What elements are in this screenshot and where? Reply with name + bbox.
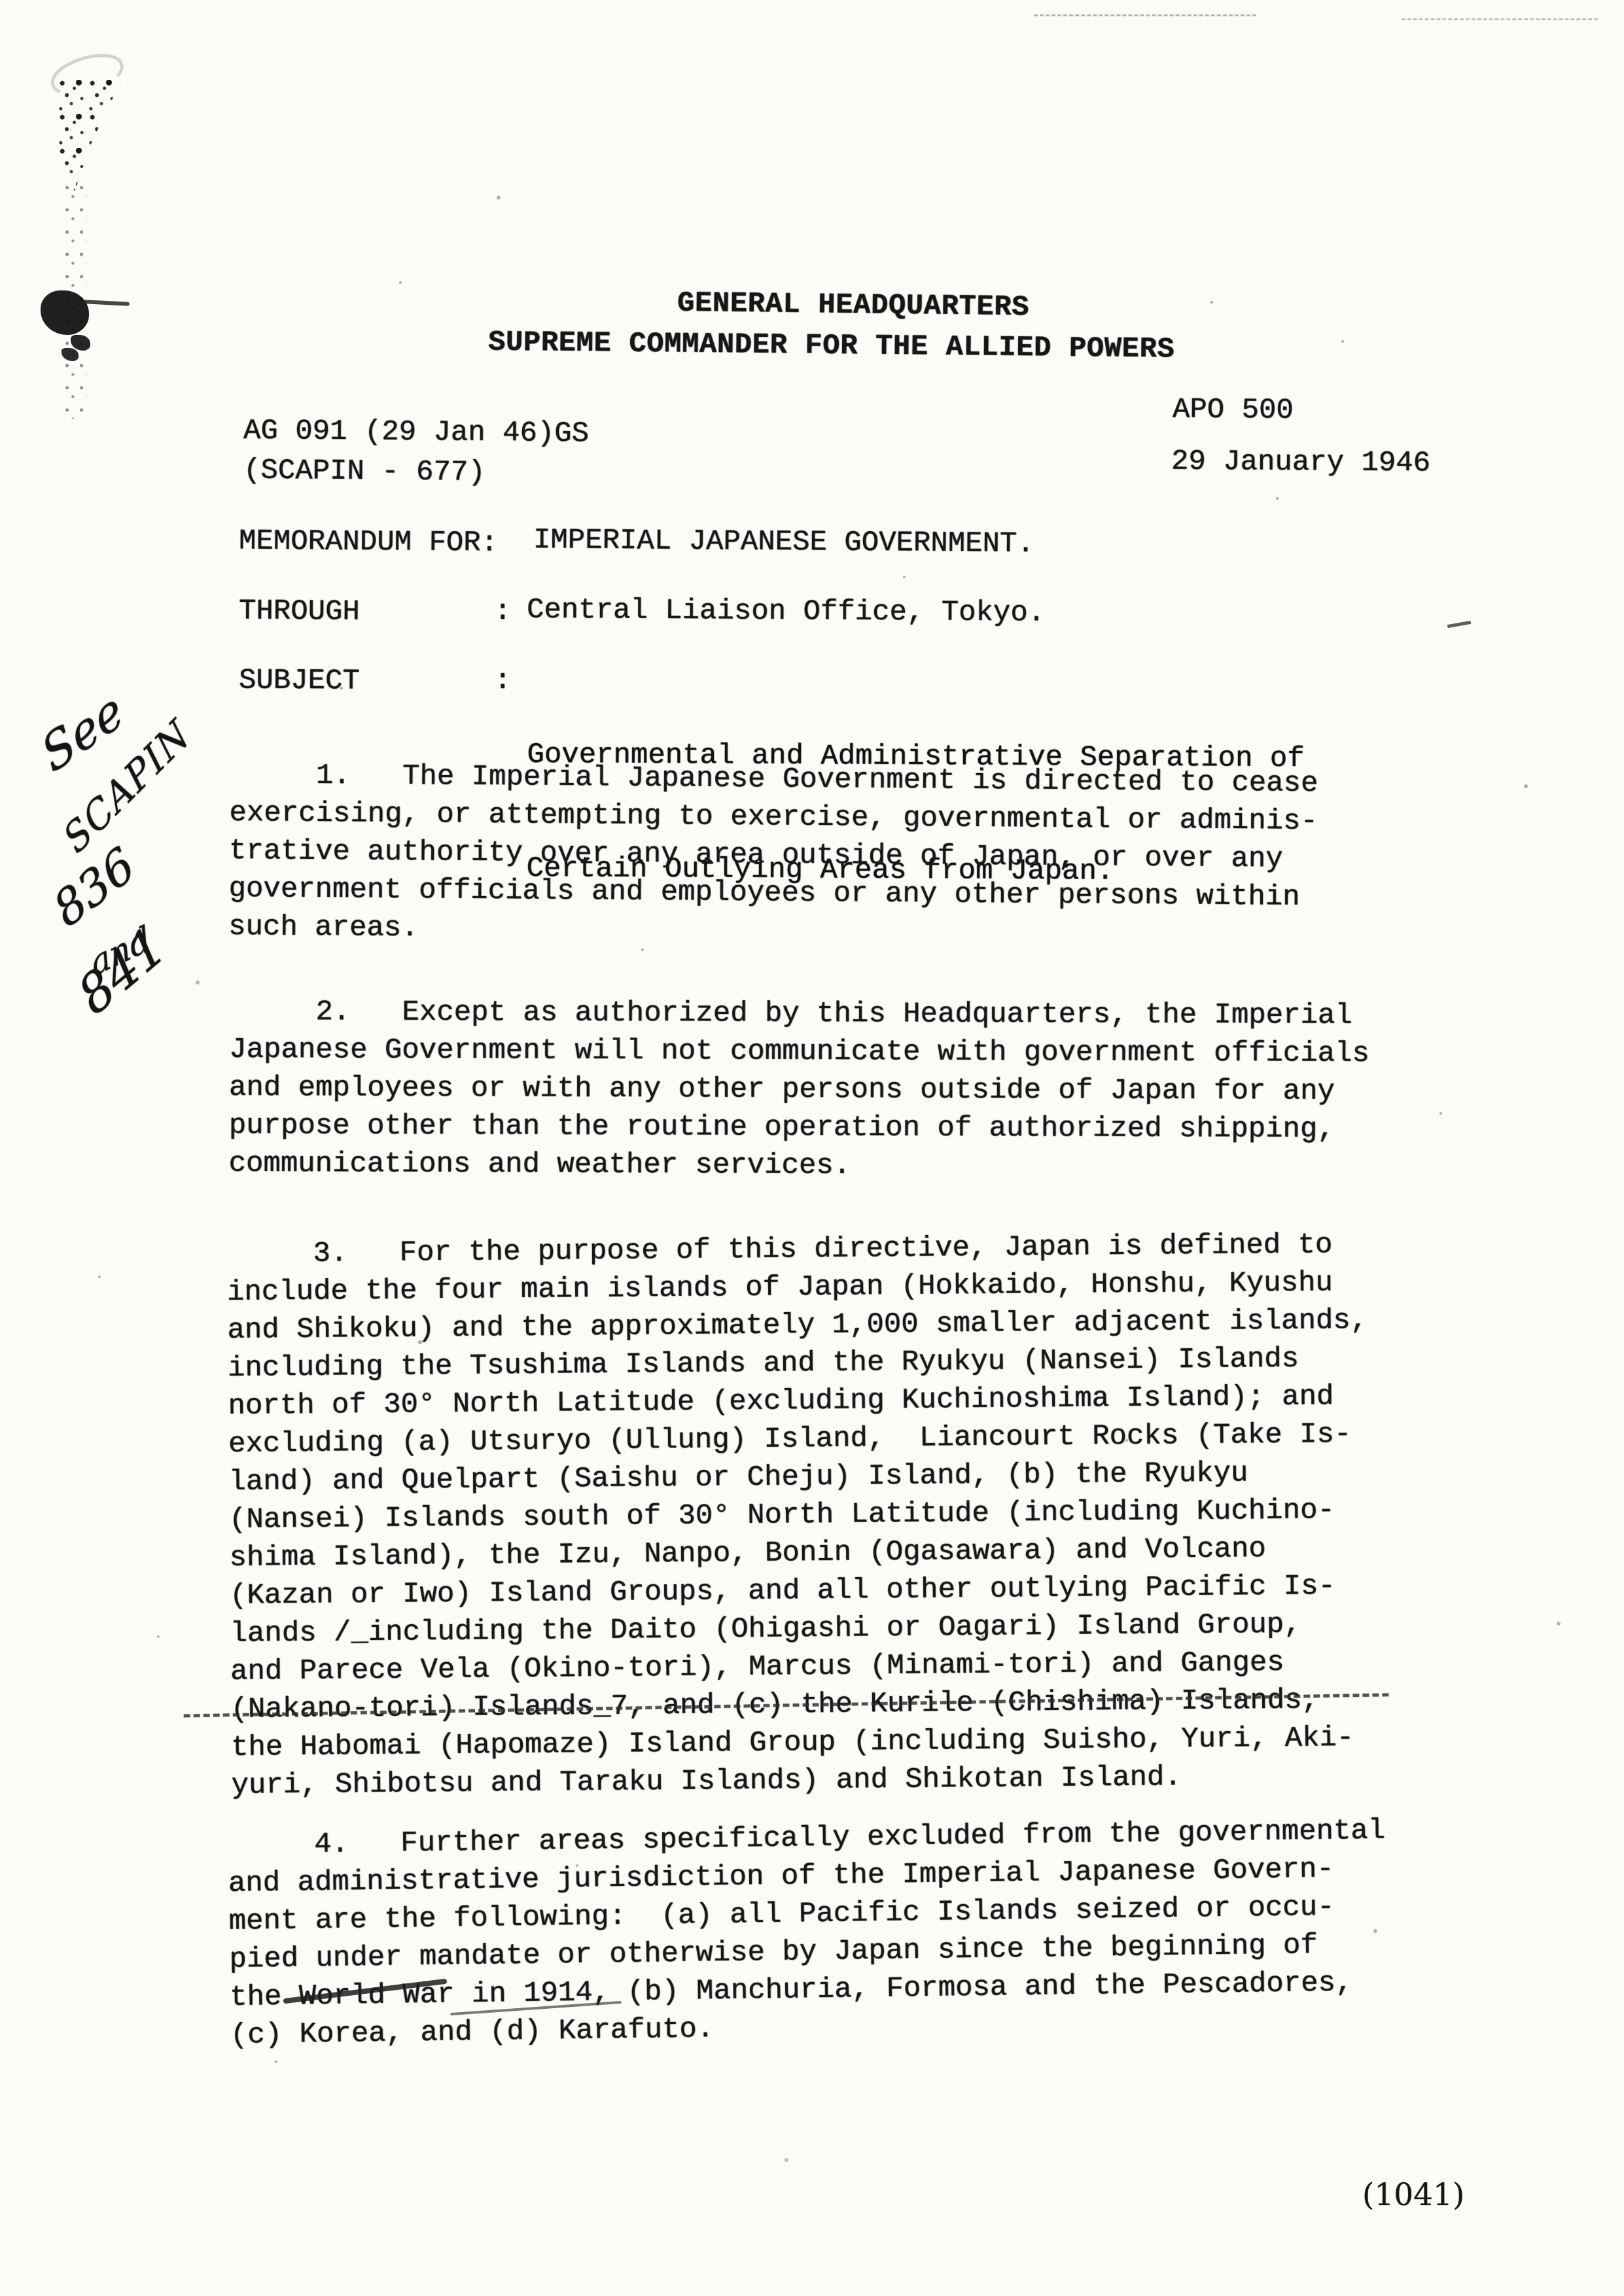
page-number: (1041) bbox=[1362, 2177, 1464, 2213]
handwritten-word: 841 bbox=[68, 915, 176, 1027]
paragraph-p1: 1. The Imperial Japanese Government is d… bbox=[228, 756, 1414, 955]
memorandum-for-label: MEMORANDUM FOR: bbox=[239, 522, 499, 562]
through-colon: : bbox=[494, 593, 511, 631]
paragraph-line: 2. Except as authorized by this Headquar… bbox=[229, 993, 1413, 1035]
memorandum-for-value: IMPERIAL JAPANESE GOVERNMENT. bbox=[533, 521, 1034, 563]
paragraph-p4: 4. Further areas specifically excluded f… bbox=[228, 1811, 1415, 2055]
paragraph-line: communications and weather services. bbox=[228, 1145, 1413, 1187]
corner-smudge-tail bbox=[63, 183, 86, 419]
through-label: THROUGH bbox=[239, 592, 360, 631]
faint-pencil-squiggle bbox=[46, 48, 128, 100]
scan-dash-mark bbox=[1034, 14, 1256, 16]
paragraph-line: purpose other than the routine operation… bbox=[229, 1107, 1413, 1149]
letterhead-line1: GENERAL HEADQUARTERS bbox=[677, 285, 1030, 327]
letterhead-line2: SUPREME COMMANDER FOR THE ALLIED POWERS bbox=[488, 324, 1175, 369]
document-date: 29 January 1946 bbox=[1171, 443, 1430, 483]
margin-dash-mark bbox=[1447, 621, 1471, 628]
file-reference: AG 091 (29 Jan 46)GS bbox=[243, 412, 590, 453]
paragraph-p2: 2. Except as authorized by this Headquar… bbox=[228, 993, 1413, 1187]
scapin-number: (SCAPIN - 677) bbox=[243, 451, 485, 491]
corner-smudge bbox=[56, 80, 122, 191]
subject-label: SUBJECT bbox=[239, 662, 360, 701]
subject-colon: : bbox=[494, 662, 511, 700]
paragraph-p3: 3. For the purpose of this directive, Ja… bbox=[226, 1225, 1416, 1805]
paragraph-line: Japanese Government will not communicate… bbox=[229, 1031, 1413, 1073]
through-value: Central Liaison Office, Tokyo. bbox=[527, 591, 1045, 633]
scanned-document-page: GENERAL HEADQUARTERS SUPREME COMMANDER F… bbox=[0, 0, 1624, 2296]
apo-number: APO 500 bbox=[1173, 391, 1294, 429]
ink-blob bbox=[41, 290, 89, 335]
paragraph-line: and employees or with any other persons … bbox=[229, 1069, 1413, 1111]
scan-dash-mark bbox=[1402, 18, 1598, 20]
ink-blob-line bbox=[84, 300, 130, 306]
handwritten-word: 836 bbox=[44, 836, 144, 938]
